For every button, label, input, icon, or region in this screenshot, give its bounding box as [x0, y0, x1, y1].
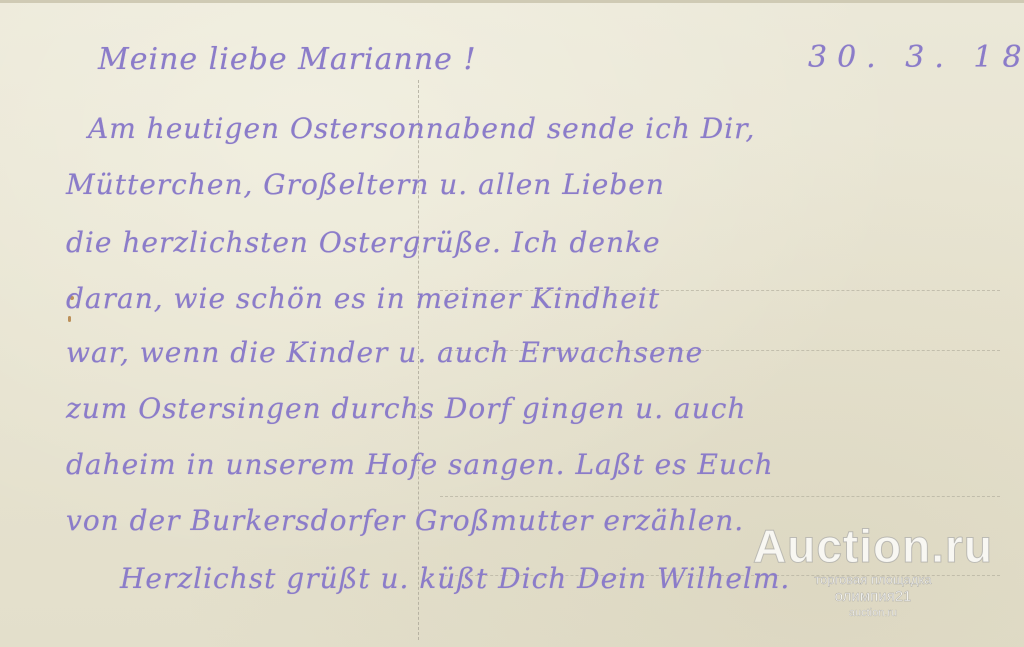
letter-line: von der Burkersdorfer Großmutter erzähle… [66, 504, 744, 537]
letter-line: Am heutigen Ostersonnabend sende ich Dir… [88, 112, 755, 145]
letter-line: Mütterchen, Großeltern u. allen Lieben [66, 168, 665, 201]
postcard-back: Meine liebe Marianne ! 30. 3. 18. Am heu… [0, 0, 1024, 647]
letter-greeting: Meine liebe Marianne ! [98, 42, 477, 77]
letter-signoff: Herzlichst grüßt u. küßt Dich Dein Wilhe… [120, 562, 790, 595]
address-line [440, 496, 1000, 497]
letter-line: daran, wie schön es in meiner Kindheit [66, 282, 660, 315]
letter-line: daheim in unserem Hofe sangen. Laßt es E… [66, 448, 774, 481]
paper-stain [68, 316, 71, 322]
letter-line: die herzlichsten Ostergrüße. Ich denke [66, 226, 661, 259]
letter-line: zum Ostersingen durchs Dorf gingen u. au… [66, 392, 746, 425]
letter-line: war, wenn die Kinder u. auch Erwachsene [66, 336, 703, 369]
letter-date: 30. 3. 18. [808, 40, 1024, 75]
watermark-domain: auction.ru [728, 606, 1018, 621]
paper-edge [0, 0, 1024, 3]
